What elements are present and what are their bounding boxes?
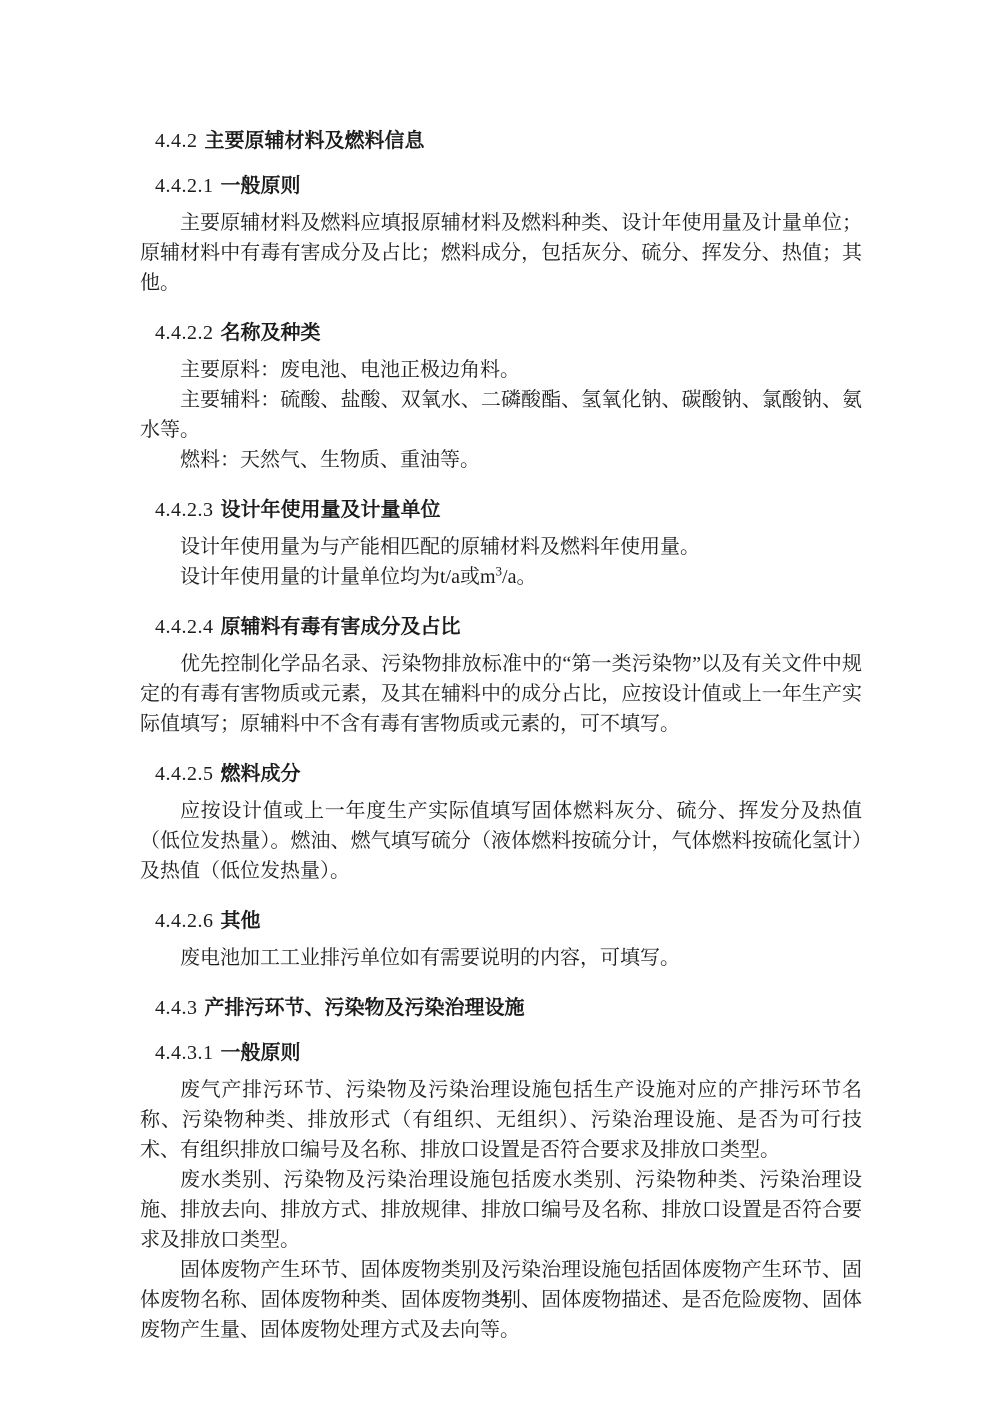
section-heading-4-4-2-2: 4.4.2.2名称及种类: [140, 320, 862, 346]
section-title: 名称及种类: [221, 322, 321, 344]
paragraph-design-usage: 设计年使用量为与产能相匹配的原辅材料及燃料年使用量。: [140, 532, 862, 562]
paragraph-toxic-components: 优先控制化学品名录、污染物排放标准中的“第一类污染物”以及有关文件中规定的有毒有…: [140, 649, 862, 739]
section-number: 4.4.2.4: [155, 616, 214, 638]
section-heading-4-4-2-3: 4.4.2.3设计年使用量及计量单位: [140, 497, 862, 523]
section-number: 4.4.2.6: [155, 910, 214, 932]
section-heading-4-4-2-6: 4.4.2.6其他: [140, 908, 862, 934]
section-title: 主要原辅材料及燃料信息: [205, 130, 425, 152]
section-heading-4-4-2: 4.4.2主要原辅材料及燃料信息: [140, 128, 862, 154]
paragraph-general-principle: 主要原辅材料及燃料应填报原辅材料及燃料种类、设计年使用量及计量单位；原辅材料中有…: [140, 208, 862, 298]
section-number: 4.4.2: [155, 130, 198, 152]
section-heading-4-4-3-1: 4.4.3.1一般原则: [140, 1040, 862, 1066]
paragraph-other-note: 废电池加工工业排污单位如有需要说明的内容，可填写。: [140, 943, 862, 973]
design-unit-text: 设计年使用量的计量单位均为t/a或m: [180, 566, 496, 588]
paragraph-aux-materials: 主要辅料：硫酸、盐酸、双氧水、二磷酸酯、氢氧化钠、碳酸钠、氯酸钠、氨水等。: [140, 385, 862, 445]
section-number: 4.4.2.5: [155, 763, 214, 785]
section-number: 4.4.2.3: [155, 499, 214, 521]
section-title: 一般原则: [221, 1042, 301, 1064]
paragraph-waste-water: 废水类别、污染物及污染治理设施包括废水类别、污染物种类、污染治理设施、排放去向、…: [140, 1165, 862, 1255]
design-unit-text-end: /a。: [502, 566, 536, 588]
section-title: 燃料成分: [221, 763, 301, 785]
document-content: 4.4.2主要原辅材料及燃料信息 4.4.2.1一般原则 主要原辅材料及燃料应填…: [140, 128, 862, 1345]
section-number: 4.4.3: [155, 997, 198, 1019]
section-heading-4-4-2-5: 4.4.2.5燃料成分: [140, 761, 862, 787]
section-number: 4.4.3.1: [155, 1042, 214, 1064]
section-heading-4-4-2-1: 4.4.2.1一般原则: [140, 173, 862, 199]
section-heading-4-4-2-4: 4.4.2.4原辅料有毒有害成分及占比: [140, 614, 862, 640]
section-title: 一般原则: [221, 175, 301, 197]
paragraph-design-unit: 设计年使用量的计量单位均为t/a或m3/a。: [140, 562, 862, 592]
paragraph-raw-materials: 主要原料：废电池、电池正极边角料。: [140, 355, 862, 385]
section-heading-4-4-3: 4.4.3产排污环节、污染物及污染治理设施: [140, 995, 862, 1021]
document-page: 4.4.2主要原辅材料及燃料信息 4.4.2.1一般原则 主要原辅材料及燃料应填…: [0, 0, 1000, 1414]
section-number: 4.4.2.1: [155, 175, 214, 197]
paragraph-fuel-composition: 应按设计值或上一年度生产实际值填写固体燃料灰分、硫分、挥发分及热值（低位发热量）…: [140, 796, 862, 886]
section-title: 原辅料有毒有害成分及占比: [221, 616, 461, 638]
section-title: 产排污环节、污染物及污染治理设施: [205, 997, 525, 1019]
paragraph-waste-gas: 废气产排污环节、污染物及污染治理设施包括生产设施对应的产排污环节名称、污染物种类…: [140, 1075, 862, 1165]
section-title: 设计年使用量及计量单位: [221, 499, 441, 521]
paragraph-fuels: 燃料：天然气、生物质、重油等。: [140, 445, 862, 475]
section-title: 其他: [221, 910, 261, 932]
section-number: 4.4.2.2: [155, 322, 214, 344]
page-number: 14: [0, 1288, 1000, 1308]
